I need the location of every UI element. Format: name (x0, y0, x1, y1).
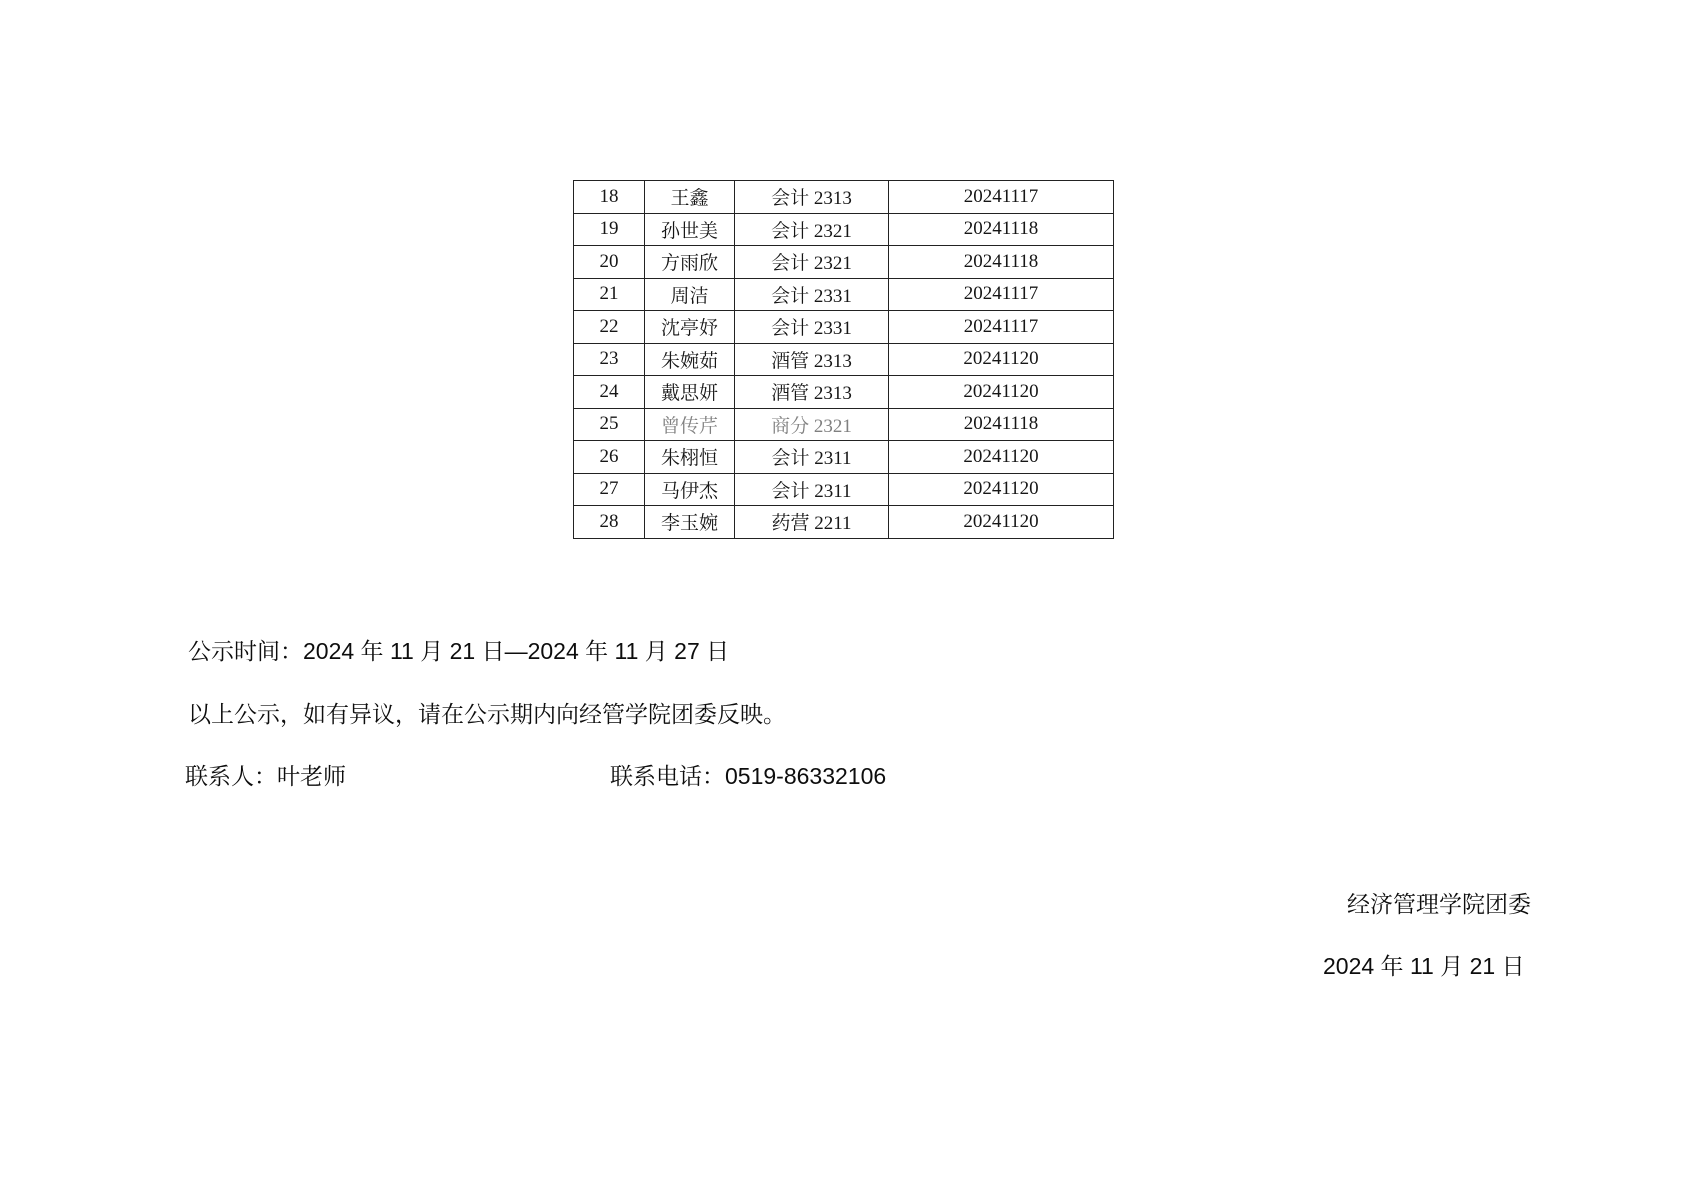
cell-number: 19 (574, 213, 645, 246)
table-row: 21周洁会计 233120241117 (574, 278, 1114, 311)
contact-person-text: 联系人：叶老师 (185, 761, 346, 791)
cell-number: 23 (574, 343, 645, 376)
table-row: 25曾传芹商分 232120241118 (574, 408, 1114, 441)
objection-notice-text: 以上公示，如有异议，请在公示期内向经管学院团委反映。 (188, 699, 786, 729)
cell-name: 方雨欣 (645, 246, 735, 279)
cell-name: 沈亭妤 (645, 311, 735, 344)
cell-name: 朱栩恒 (645, 441, 735, 474)
table-row: 28李玉婉药营 221120241120 (574, 506, 1114, 539)
document-page: 18王鑫会计 23132024111719孙世美会计 2321202411182… (0, 0, 1684, 1191)
cell-date: 20241118 (889, 213, 1114, 246)
table-row: 24戴思妍酒管 231320241120 (574, 376, 1114, 409)
cell-date: 20241120 (889, 506, 1114, 539)
cell-class: 酒管 2313 (735, 376, 889, 409)
cell-date: 20241120 (889, 441, 1114, 474)
cell-number: 24 (574, 376, 645, 409)
table-row: 26朱栩恒会计 231120241120 (574, 441, 1114, 474)
cell-number: 22 (574, 311, 645, 344)
table-row: 19孙世美会计 232120241118 (574, 213, 1114, 246)
signature-org-text: 经济管理学院团委 (1347, 889, 1531, 919)
cell-number: 25 (574, 408, 645, 441)
cell-date: 20241120 (889, 376, 1114, 409)
cell-name: 李玉婉 (645, 506, 735, 539)
cell-date: 20241118 (889, 408, 1114, 441)
cell-class: 会计 2311 (735, 441, 889, 474)
cell-date: 20241117 (889, 181, 1114, 214)
cell-class: 会计 2313 (735, 181, 889, 214)
cell-name: 戴思妍 (645, 376, 735, 409)
cell-name: 马伊杰 (645, 473, 735, 506)
signature-date-text: 2024 年 11 月 21 日 (1323, 951, 1525, 981)
cell-class: 酒管 2313 (735, 343, 889, 376)
table-row: 18王鑫会计 231320241117 (574, 181, 1114, 214)
cell-date: 20241117 (889, 278, 1114, 311)
table-row: 22沈亭妤会计 233120241117 (574, 311, 1114, 344)
table-row: 23朱婉茹酒管 231320241120 (574, 343, 1114, 376)
table-row: 20方雨欣会计 232120241118 (574, 246, 1114, 279)
cell-class: 会计 2311 (735, 473, 889, 506)
cell-number: 21 (574, 278, 645, 311)
cell-number: 20 (574, 246, 645, 279)
cell-name: 孙世美 (645, 213, 735, 246)
cell-name: 周洁 (645, 278, 735, 311)
table-row: 27马伊杰会计 231120241120 (574, 473, 1114, 506)
roster-table-body: 18王鑫会计 23132024111719孙世美会计 2321202411182… (574, 181, 1114, 539)
contact-phone-text: 联系电话：0519-86332106 (610, 761, 886, 791)
cell-class: 药营 2211 (735, 506, 889, 539)
roster-table: 18王鑫会计 23132024111719孙世美会计 2321202411182… (573, 180, 1114, 539)
cell-number: 26 (574, 441, 645, 474)
cell-number: 28 (574, 506, 645, 539)
cell-class: 商分 2321 (735, 408, 889, 441)
cell-date: 20241120 (889, 343, 1114, 376)
cell-number: 18 (574, 181, 645, 214)
cell-class: 会计 2331 (735, 311, 889, 344)
cell-name: 朱婉茹 (645, 343, 735, 376)
cell-name: 曾传芹 (645, 408, 735, 441)
cell-name: 王鑫 (645, 181, 735, 214)
cell-date: 20241120 (889, 473, 1114, 506)
cell-date: 20241118 (889, 246, 1114, 279)
cell-class: 会计 2331 (735, 278, 889, 311)
cell-number: 27 (574, 473, 645, 506)
cell-class: 会计 2321 (735, 213, 889, 246)
cell-date: 20241117 (889, 311, 1114, 344)
publicity-period-text: 公示时间：2024 年 11 月 21 日—2024 年 11 月 27 日 (188, 636, 729, 666)
cell-class: 会计 2321 (735, 246, 889, 279)
